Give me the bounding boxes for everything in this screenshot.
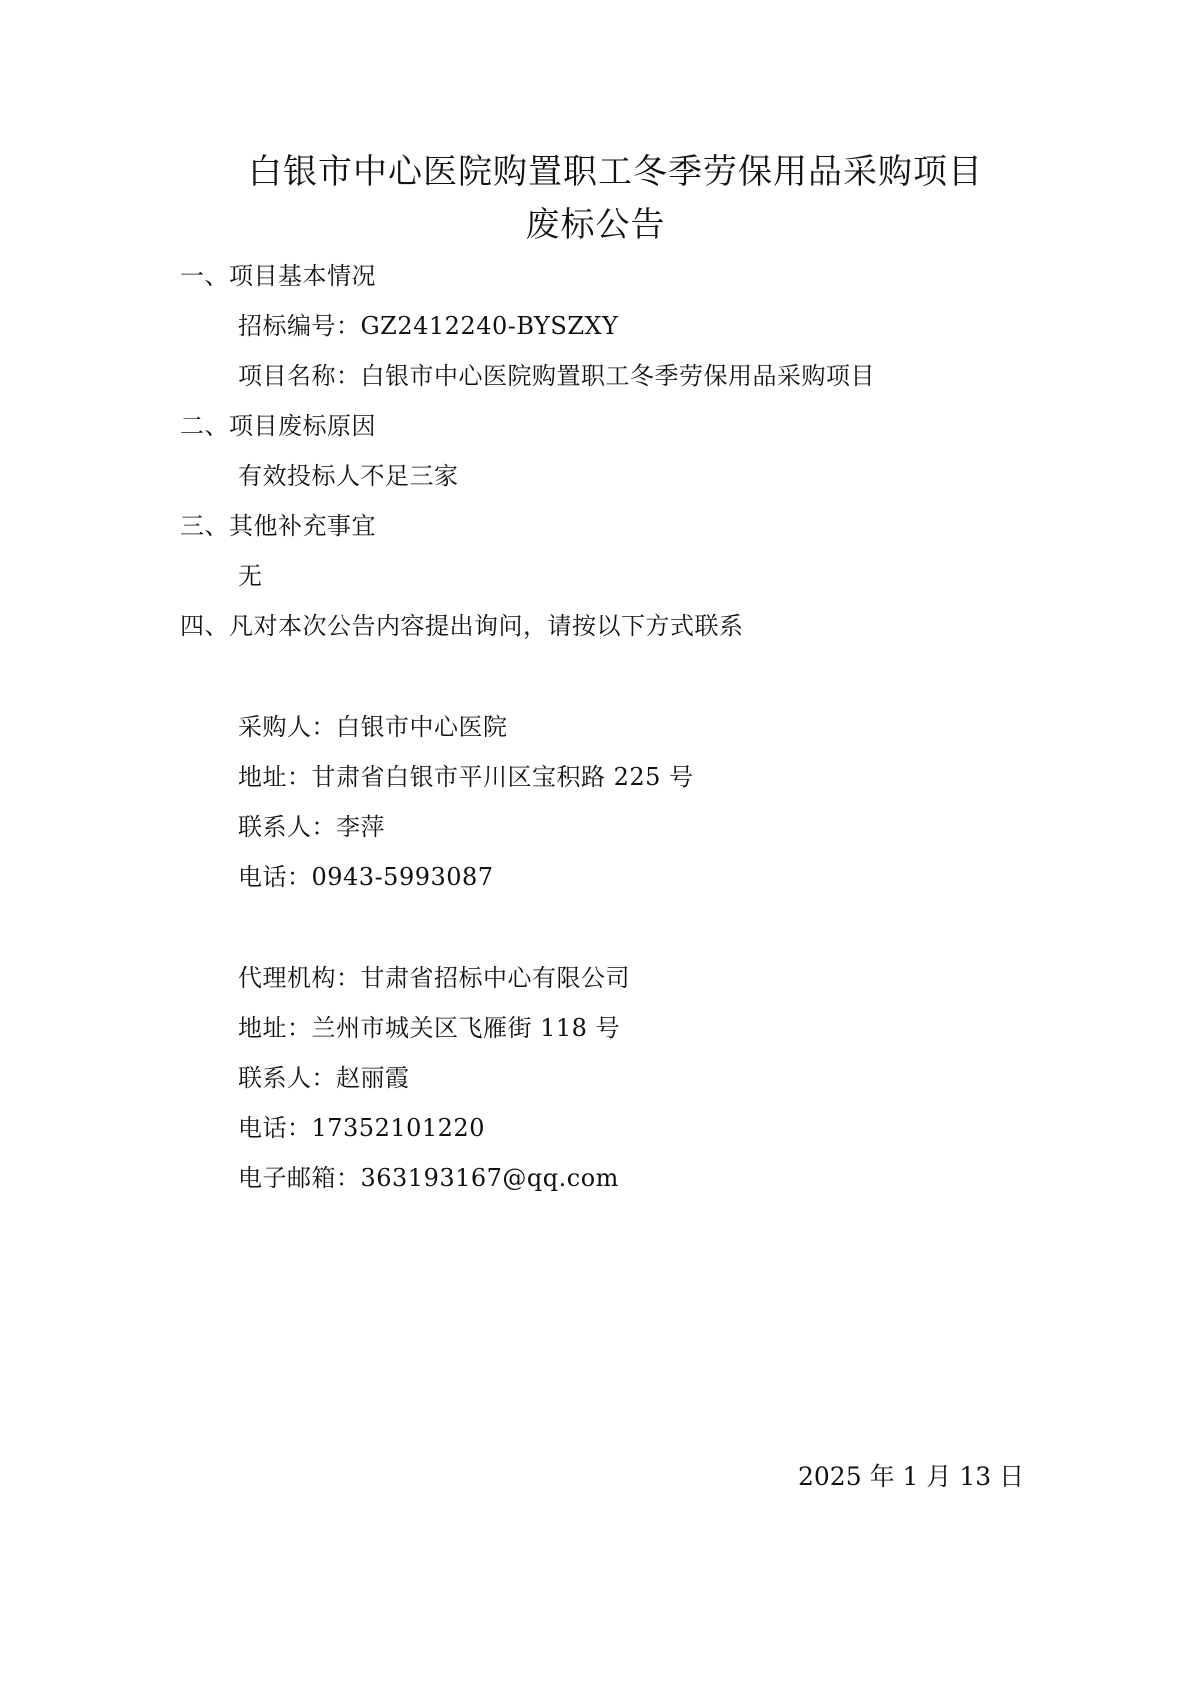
purchaser-name: 采购人：白银市中心医院 — [238, 712, 508, 742]
section-4-heading: 四、凡对本次公告内容提出询问，请按以下方式联系 — [180, 611, 744, 641]
agency-address: 地址：兰州市城关区飞雁街 118 号 — [238, 1013, 620, 1043]
document-title-line-1: 白银市中心医院购置职工冬季劳保用品采购项目 — [20, 147, 1191, 197]
supplementary-matters: 无 — [238, 561, 263, 591]
tender-number: 招标编号：GZ2412240-BYSZXY — [238, 311, 618, 341]
purchaser-contact: 联系人：李萍 — [238, 812, 385, 842]
agency-name: 代理机构：甘肃省招标中心有限公司 — [238, 963, 630, 993]
project-name: 项目名称：白银市中心医院购置职工冬季劳保用品采购项目 — [238, 361, 875, 391]
announcement-date: 2025 年 1 月 13 日 — [798, 1462, 1024, 1492]
agency-email: 电子邮箱：363193167@qq.com — [238, 1163, 619, 1193]
purchaser-address: 地址：甘肃省白银市平川区宝积路 225 号 — [238, 762, 694, 792]
agency-phone: 电话：17352101220 — [238, 1113, 485, 1143]
section-2-heading: 二、项目废标原因 — [180, 411, 376, 441]
section-3-heading: 三、其他补充事宜 — [180, 511, 376, 541]
document-title-line-2: 废标公告 — [0, 200, 1191, 250]
section-1-heading: 一、项目基本情况 — [180, 261, 376, 291]
purchaser-phone: 电话：0943-5993087 — [238, 862, 494, 892]
agency-contact: 联系人：赵丽霞 — [238, 1063, 410, 1093]
cancellation-reason: 有效投标人不足三家 — [238, 461, 459, 491]
